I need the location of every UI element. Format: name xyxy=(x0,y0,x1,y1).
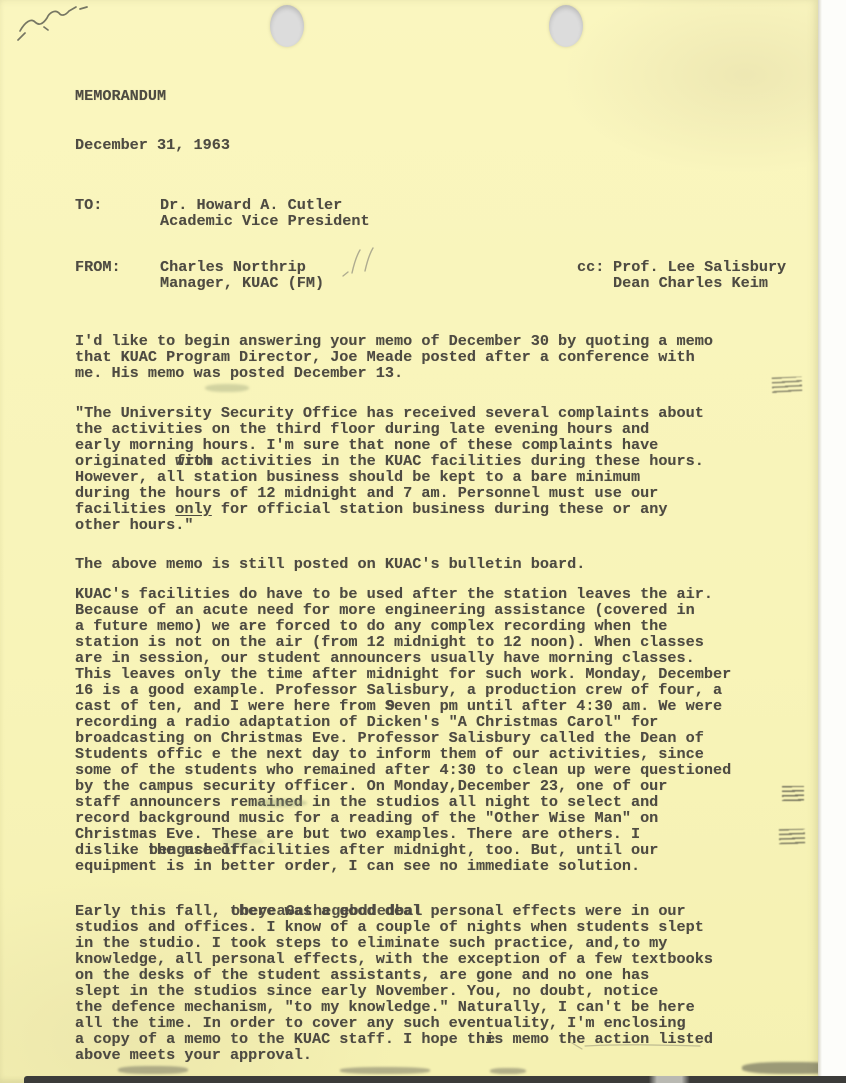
memo-paragraph: Early this fall, there was a good dealob… xyxy=(75,903,775,1063)
memo-paragraph: "The University Security Office has rece… xyxy=(75,405,775,533)
cc-recipients: Prof. Lee Salisbury Dean Charles Keim xyxy=(613,259,786,291)
edge-smudge xyxy=(118,1066,188,1074)
margin-smudge xyxy=(779,829,805,844)
memo-text: The above memo is still posted on KUAC's… xyxy=(75,555,585,573)
overstruck-text: withfrom xyxy=(175,452,211,470)
overstruck-text: Seven9 xyxy=(385,697,431,715)
memo-text: I'd like to begin answering your memo of… xyxy=(75,332,713,382)
from-sender: Charles Northrip Manager, KUAC (FM) xyxy=(160,259,324,291)
hole-punch-right xyxy=(549,5,583,47)
memo-paragraph: The above memo is still posted on KUAC's… xyxy=(75,556,775,572)
memo-paragraph: KUAC's facilities do have to be used aft… xyxy=(75,586,775,874)
memo-page: MEMORANDUM December 31, 1963 TO: Dr. How… xyxy=(0,0,818,1083)
scan-edge-band xyxy=(24,1076,846,1083)
cc-label: cc: xyxy=(577,259,604,275)
from-label: FROM: xyxy=(75,259,121,275)
overstruck-text: there was a good dealobeyeaGathegebddedb… xyxy=(230,902,421,920)
hole-punch-left xyxy=(270,5,304,47)
ink-smudge xyxy=(222,838,264,845)
margin-smudge xyxy=(772,376,803,393)
edge-smudge xyxy=(490,1068,526,1074)
memo-text: personal effects were in our studios and… xyxy=(75,902,713,1048)
to-label: TO: xyxy=(75,197,102,213)
memo-paragraph: I'd like to begin answering your memo of… xyxy=(75,333,775,381)
memo-text: KUAC's facilities do have to be used aft… xyxy=(75,585,731,715)
ink-smudge xyxy=(253,799,307,807)
memo-title: MEMORANDUM xyxy=(75,88,166,104)
memo-text: pm until after 4:30 am. We were recordin… xyxy=(75,697,731,859)
overstruck-text: ie xyxy=(485,1030,494,1048)
edge-smudge xyxy=(340,1067,430,1074)
margin-smudge xyxy=(782,786,804,801)
to-recipient: Dr. Howard A. Cutler Academic Vice Presi… xyxy=(160,197,370,229)
memo-date: December 31, 1963 xyxy=(75,137,230,153)
ink-smudge xyxy=(205,384,249,392)
scan-margin xyxy=(818,0,846,1083)
